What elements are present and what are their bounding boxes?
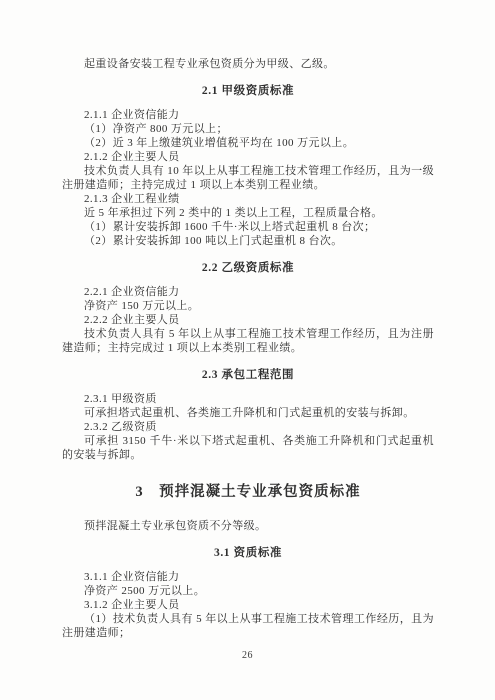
clause-2-2-1-paragraph: 净资产 150 万元以上。	[62, 299, 434, 313]
section-heading-3-1: 3.1 资质标准	[62, 546, 434, 560]
clause-2-1-2-title: 2.1.2 企业主要人员	[62, 150, 434, 164]
clause-2-1-3-paragraph: 近 5 年承担过下列 2 类中的 1 类以上工程，工程质量合格。	[62, 206, 434, 220]
clause-2-3-1-paragraph: 可承担塔式起重机、各类施工升降机和门式起重机的安装与拆卸。	[62, 406, 434, 420]
paragraph-intro: 起重设备安装工程专业承包资质分为甲级、乙级。	[62, 57, 434, 71]
clause-2-1-3-item-2: （2）累计安装拆卸 100 吨以上门式起重机 8 台次。	[62, 234, 434, 248]
clause-2-1-1-title: 2.1.1 企业资信能力	[62, 108, 434, 122]
clause-2-3-2-paragraph: 可承担 3150 千牛·米以下塔式起重机、各类施工升降机和门式起重机的安装与拆卸…	[62, 434, 434, 462]
chapter-heading-3: 3 预拌混凝土专业承包资质标准	[62, 483, 434, 502]
clause-2-2-2-title: 2.2.2 企业主要人员	[62, 313, 434, 327]
clause-2-3-1-title: 2.3.1 甲级资质	[62, 392, 434, 406]
clause-2-2-1-title: 2.2.1 企业资信能力	[62, 285, 434, 299]
paragraph-chapter-3-intro: 预拌混凝土专业承包资质不分等级。	[62, 519, 434, 533]
clause-2-1-3-item-1: （1）累计安装拆卸 1600 千牛·米以上塔式起重机 8 台次；	[62, 220, 434, 234]
clause-3-1-1-paragraph: 净资产 2500 万元以上。	[62, 584, 434, 598]
section-heading-2-1: 2.1 甲级资质标准	[62, 84, 434, 98]
clause-2-2-2-paragraph: 技术负责人具有 5 年以上从事工程施工技术管理工作经历，且为注册建造师；主持完成…	[62, 327, 434, 355]
page-number: 26	[0, 650, 495, 662]
section-heading-2-3: 2.3 承包工程范围	[62, 368, 434, 382]
clause-3-1-1-title: 3.1.1 企业资信能力	[62, 570, 434, 584]
document-page: 起重设备安装工程专业承包资质分为甲级、乙级。 2.1 甲级资质标准 2.1.1 …	[0, 0, 495, 700]
clause-3-1-2-item-1: （1）技术负责人具有 5 年以上从事工程施工技术管理工作经历，且为注册建造师；	[62, 612, 434, 640]
clause-2-1-1-item-1: （1）净资产 800 万元以上；	[62, 122, 434, 136]
section-heading-2-2: 2.2 乙级资质标准	[62, 261, 434, 275]
clause-2-1-3-title: 2.1.3 企业工程业绩	[62, 192, 434, 206]
clause-3-1-2-title: 3.1.2 企业主要人员	[62, 598, 434, 612]
clause-2-1-1-item-2: （2）近 3 年上缴建筑业增值税平均在 100 万元以上。	[62, 136, 434, 150]
clause-2-1-2-paragraph: 技术负责人具有 10 年以上从事工程施工技术管理工作经历，且为一级注册建造师；主…	[62, 164, 434, 192]
clause-2-3-2-title: 2.3.2 乙级资质	[62, 420, 434, 434]
page-content: 起重设备安装工程专业承包资质分为甲级、乙级。 2.1 甲级资质标准 2.1.1 …	[62, 57, 434, 640]
